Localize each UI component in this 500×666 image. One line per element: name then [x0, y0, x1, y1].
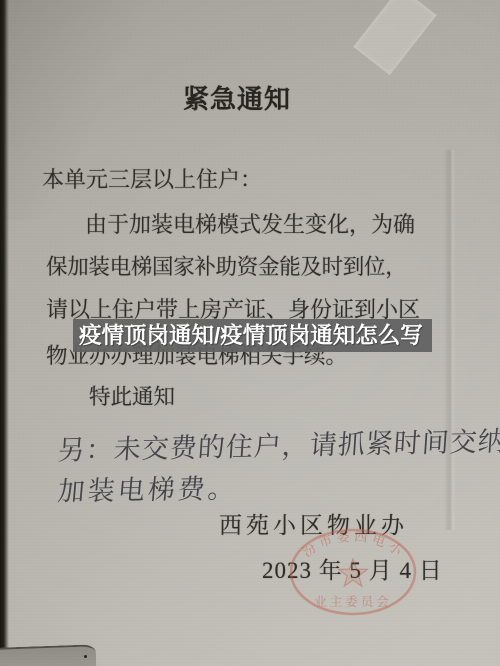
- caption-banner: 疫情顶岗通知/疫情顶岗通知怎么写: [73, 319, 432, 352]
- seal-bottom-text: 业主委员会: [314, 595, 392, 609]
- dust-speck: [84, 655, 87, 658]
- notice-body-line: 保加装电梯国家补助资金能及时到位，: [46, 250, 406, 281]
- notice-salutation: 本单元三层以上住户：: [42, 163, 262, 194]
- notice-photo: 紧急通知 本单元三层以上住户： 由于加装电梯模式发生变化，为确 保加装电梯国家补…: [0, 0, 500, 666]
- bottom-left-paper-edge: [0, 644, 96, 666]
- official-seal: 汾市委四电小 业主委员会: [286, 526, 420, 618]
- handwritten-note-line: 加装电梯费。: [56, 466, 239, 508]
- notice-title: 紧急通知: [183, 79, 291, 116]
- seal-arc-text: 汾市委四电小: [300, 529, 408, 562]
- notice-body-line: 由于加装电梯模式发生变化，为确: [85, 208, 415, 239]
- photo-left-edge: [0, 0, 9, 666]
- tape-strip: [352, 0, 438, 77]
- caption-text: 疫情顶岗通知/疫情顶岗通知怎么写: [73, 319, 423, 352]
- notice-closing: 特此通知: [89, 380, 175, 411]
- star-icon: [339, 559, 368, 586]
- svg-text:汾市委四电小: 汾市委四电小: [300, 529, 408, 562]
- paper-crease-right: [444, 150, 456, 530]
- handwritten-note-line: 另：未交费的住户，请抓紧时间交纳: [57, 419, 500, 467]
